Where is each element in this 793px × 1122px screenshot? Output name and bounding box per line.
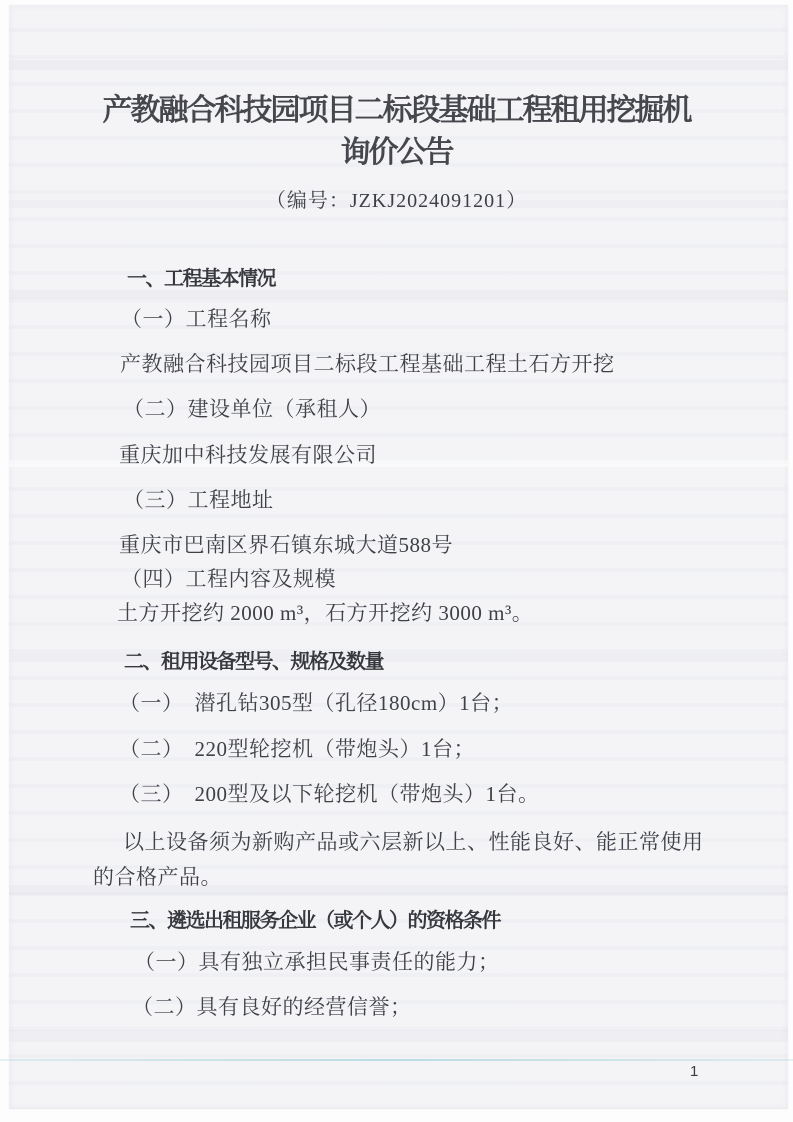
section-1-item-1-label: （一）工程名称 — [121, 307, 272, 332]
section-2-item-3: （三） 200型及以下轮挖机（带炮头）1台。 — [119, 782, 540, 807]
section-1-item-3-value: 重庆市巴南区界石镇东城大道588号 — [119, 533, 453, 558]
section-1-item-1-value: 产教融合科技园项目二标段工程基础工程土石方开挖 — [120, 352, 615, 377]
section-1-item-3-label: （三）工程地址 — [123, 488, 274, 513]
section-1-item-2-value: 重庆加中科技发展有限公司 — [119, 443, 377, 468]
page-number: 1 — [690, 1063, 698, 1080]
section-2-item-1: （一） 潜孔钻305型（孔径180cm）1台； — [119, 691, 513, 716]
section-2-heading: 二、租用设备型号、规格及数量 — [124, 645, 383, 674]
section-2-item-2: （二） 220型轮挖机（带炮头）1台； — [119, 737, 475, 762]
section-1-item-4-label: （四）工程内容及规模 — [121, 567, 336, 592]
doc-title-line1: 产教融合科技园项目二标段基础工程租用挖掘机 — [0, 92, 793, 130]
scan-band — [9, 60, 788, 70]
doc-number: （编号：JZKJ2024091201） — [0, 184, 793, 213]
section-3-heading: 三、遴选出租服务企业（或个人）的资格条件 — [130, 904, 500, 933]
section-2-note-line1: 以上设备须为新购产品或六层新以上、性能良好、能正常使用 — [123, 830, 704, 855]
scan-artifact-line — [0, 1059, 793, 1061]
scan-band — [9, 290, 788, 299]
section-2-note-line2: 的合格产品。 — [93, 865, 222, 890]
section-3-item-1: （一）具有独立承担民事责任的能力； — [134, 950, 500, 975]
scan-band — [9, 1030, 788, 1042]
section-1-heading: 一、工程基本情况 — [127, 262, 275, 291]
doc-title-line2: 询价公告 — [0, 134, 793, 172]
section-1-item-2-label: （二）建设单位（承租人） — [123, 397, 381, 422]
section-3-item-2: （二）具有良好的经营信誉； — [132, 995, 412, 1020]
section-1-item-4-value: 土方开挖约 2000 m³，石方开挖约 3000 m³。 — [117, 601, 533, 626]
